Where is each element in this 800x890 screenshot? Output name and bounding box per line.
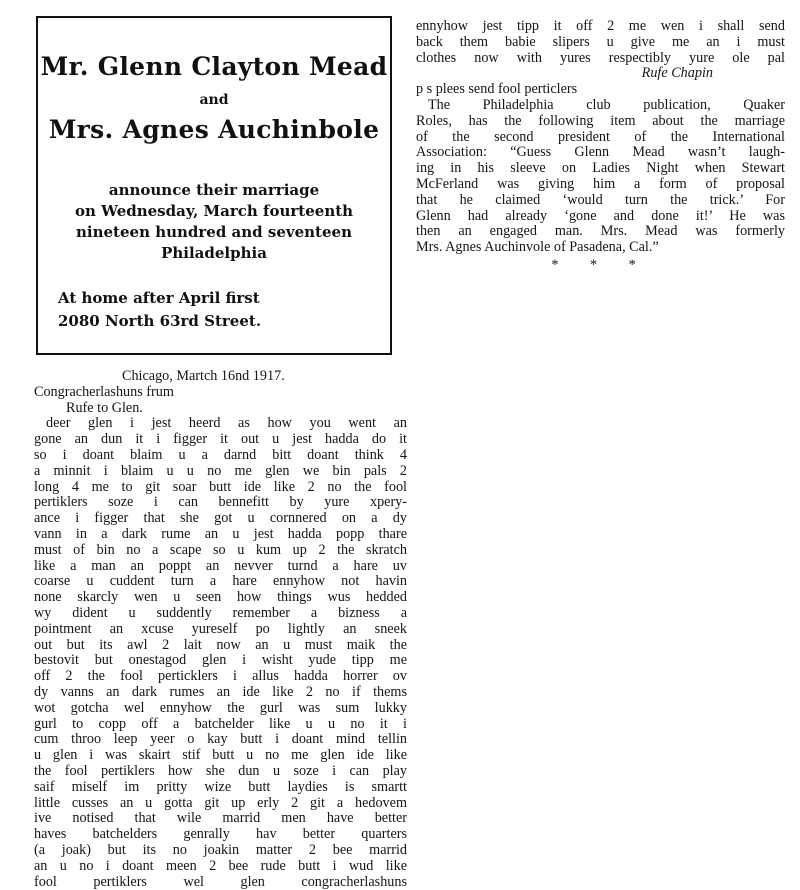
section-separator: * * *: [416, 258, 785, 274]
letter-line: clothes now with yures respectibly yure …: [416, 51, 785, 67]
city-line: Philadelphia: [38, 243, 390, 263]
letter-line: dy vanns an dark rumes an ide like 2 no …: [34, 685, 407, 701]
article-line: then an engaged man. Mrs. Mead was forme…: [416, 224, 785, 240]
letter-line: like a man an poppt an nevver turnd a ha…: [34, 559, 407, 575]
letter-line: long 4 me to git soar butt ide like 2 no…: [34, 480, 407, 496]
article-line: The Philadelphia club publication, Quake…: [416, 98, 785, 114]
letter-line: so i doant blaim u a darnd bitt doant th…: [34, 448, 407, 464]
right-column: ennyhow jest tipp it off 2 me wen i shal…: [416, 19, 785, 274]
letter-line: gone an dun it i figger it out u jest ha…: [34, 432, 407, 448]
letter-line: wot gotcha wel ennyhow the gurl was sum …: [34, 701, 407, 717]
letter-line: bestovit but onestagod glen i wisht yude…: [34, 653, 407, 669]
article-line: McFerland was giving him a form of propo…: [416, 177, 785, 193]
letter-line: deer glen i jest heerd as how you went a…: [34, 416, 407, 432]
year-line: nineteen hundred and seventeen: [38, 222, 390, 242]
letter-line: (a joak) but its no joakin matter 2 bee …: [34, 843, 407, 859]
address-line: 2080 North 63rd Street.: [58, 310, 261, 333]
letter-line: must of bin no a scape so u kum up 2 the…: [34, 543, 407, 559]
letter-line: ennyhow jest tipp it off 2 me wen i shal…: [416, 19, 785, 35]
article-line: of the second president of the Internati…: [416, 130, 785, 146]
letter-line: off 2 the fool perticklers i allus hadda…: [34, 669, 407, 685]
groom-name: Mr. Glenn Clayton Mead: [38, 52, 390, 81]
article-line: Glenn had already ‘gone and done it!’ He…: [416, 209, 785, 225]
letter-line: u glen i was skairt stif butt u no me gl…: [34, 748, 407, 764]
scanned-page: Mr. Glenn Clayton Mead and Mrs. Agnes Au…: [0, 0, 800, 890]
letter-line: an u no i doant meen 2 bee rude butt i w…: [34, 859, 407, 875]
left-column: Chicago, Martch 16nd 1917. Congracherlas…: [34, 369, 407, 890]
letter-line: cum throo leep yeer o kay butt i doant m…: [34, 732, 407, 748]
letter-line: wy dident u suddently remember a bizness…: [34, 606, 407, 622]
letter-line: a minnit i blaim u u no me glen we bin p…: [34, 464, 407, 480]
letter-line: ive notised that wile marrid men have be…: [34, 811, 407, 827]
letter-line: little cusses an u gotta git up erly 2 g…: [34, 796, 407, 812]
letter-line: haves batchelders genrally hav better qu…: [34, 827, 407, 843]
signature: Rufe Chapin: [416, 66, 785, 82]
wedding-announcement-card: Mr. Glenn Clayton Mead and Mrs. Agnes Au…: [36, 16, 392, 355]
letter-line: vann in a dark rume an u jest hadda popp…: [34, 527, 407, 543]
at-home-line: At home after April first: [58, 287, 260, 310]
bride-name: Mrs. Agnes Auchinbole: [38, 115, 390, 144]
letter-line: back them babie slipers u give me an i m…: [416, 35, 785, 51]
article-line: Roles, has the following item about the …: [416, 114, 785, 130]
article-line: that he claimed ‘would turn the trick.’ …: [416, 193, 785, 209]
postscript: p s plees send fool perticlers: [416, 82, 785, 98]
letter-line: fool pertiklers wel glen congracherlashu…: [34, 875, 407, 890]
letter-line: pertiklers soze i can bennefitt by yure …: [34, 495, 407, 511]
letter-line: coarse u cuddent turn a hare ennyhow not…: [34, 574, 407, 590]
from-to: Rufe to Glen.: [34, 401, 407, 417]
date-line: on Wednesday, March fourteenth: [38, 201, 390, 221]
letter-line: saif miself im pritty wize butt laydies …: [34, 780, 407, 796]
article-line: Association: “Guess Glenn Mead wasn’t la…: [416, 145, 785, 161]
announce-line: announce their marriage: [38, 180, 390, 200]
article-line: Mrs. Agnes Auchinvole of Pasadena, Cal.”: [416, 240, 785, 256]
letter-line: the fool pertiklers how she dun u soze i…: [34, 764, 407, 780]
letter-line: pointment an xcuse yureself po lightly a…: [34, 622, 407, 638]
letter-line: ance i figger that she got u cornnered o…: [34, 511, 407, 527]
letter-line: gurl to copp off a batchelder like u u n…: [34, 717, 407, 733]
letter-heading: Congracherlashuns frum: [34, 385, 407, 401]
and-text: and: [38, 92, 390, 108]
letter-line: out but its awl 2 lait now an u must mai…: [34, 638, 407, 654]
letter-line: none skarcly wen u seen how things wus h…: [34, 590, 407, 606]
dateline: Chicago, Martch 16nd 1917.: [34, 369, 407, 385]
article-line: ing in his sleeve on Ladies Night when S…: [416, 161, 785, 177]
